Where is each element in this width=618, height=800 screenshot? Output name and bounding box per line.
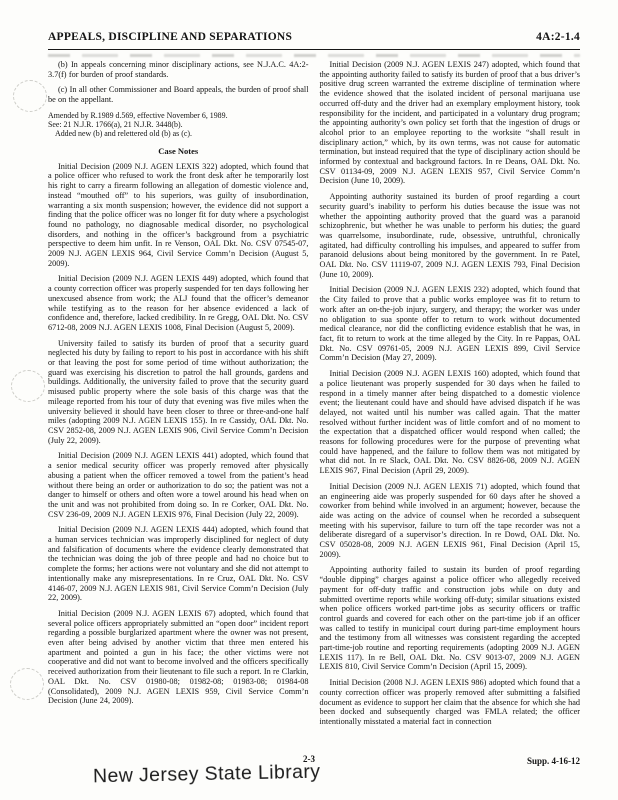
case-note-paragraph: University failed to satisfy its burden … [48,339,309,446]
supplement-date: Supp. 4-16-12 [527,756,580,766]
case-notes-heading: Case Notes [48,146,309,156]
header-section-number: 4A:2-1.4 [536,31,580,43]
added-note-line: Added new (b) and relettered old (b) as … [48,129,309,138]
right-column: Initial Decision (2009 N.J. AGEN LEXIS 2… [320,60,581,742]
case-note-paragraph: Initial Decision (2009 N.J. AGEN LEXIS 2… [320,60,581,186]
case-note-paragraph: Appointing authority failed to sustain i… [320,565,581,672]
case-note-paragraph: Initial Decision (2009 N.J. AGEN LEXIS 1… [320,369,581,476]
header-title: APPEALS, DISCIPLINE AND SEPARATIONS [48,31,292,43]
punch-hole-middle [11,370,45,402]
document-page: APPEALS, DISCIPLINE AND SEPARATIONS 4A:2… [0,0,618,800]
case-note-paragraph: Appointing authority sustained its burde… [320,192,581,279]
page-header: APPEALS, DISCIPLINE AND SEPARATIONS 4A:2… [48,31,580,43]
amendment-line: Amended by R.1989 d.569, effective Novem… [48,111,309,120]
punch-hole-bottom [10,668,44,700]
header-rule [48,49,580,50]
case-note-paragraph: Initial Decision (2009 N.J. AGEN LEXIS 4… [48,451,309,519]
case-note-paragraph: Initial Decision (2009 N.J. AGEN LEXIS 7… [320,482,581,560]
punch-hole-top [13,80,47,112]
case-note-paragraph: Initial Decision (2009 N.J. AGEN LEXIS 4… [48,525,309,603]
case-note-paragraph: Initial Decision (2008 N.J. AGEN LEXIS 9… [320,678,581,727]
amendment-history: Amended by R.1989 d.569, effective Novem… [48,111,309,139]
case-note-paragraph: Initial Decision (2009 N.J. AGEN LEXIS 2… [320,285,581,363]
case-note-paragraph: Initial Decision (2009 N.J. AGEN LEXIS 3… [48,162,309,269]
two-column-text: (b) In appeals concerning minor discipli… [48,60,580,742]
intro-paragraph-b: (b) In appeals concerning minor discipli… [48,60,309,79]
case-note-paragraph: Initial Decision (2009 N.J. AGEN LEXIS 6… [48,609,309,706]
library-stamp: New Jersey State Library [93,761,321,789]
see-reference-line: See: 21 N.J.R. 1766(a), 21 N.J.R. 3448(b… [48,120,309,129]
header-rule-smudge [48,54,580,57]
intro-paragraph-c: (c) In all other Commissioner and Board … [48,85,309,104]
left-column: (b) In appeals concerning minor discipli… [48,60,309,742]
case-note-paragraph: Initial Decision (2009 N.J. AGEN LEXIS 4… [48,274,309,332]
